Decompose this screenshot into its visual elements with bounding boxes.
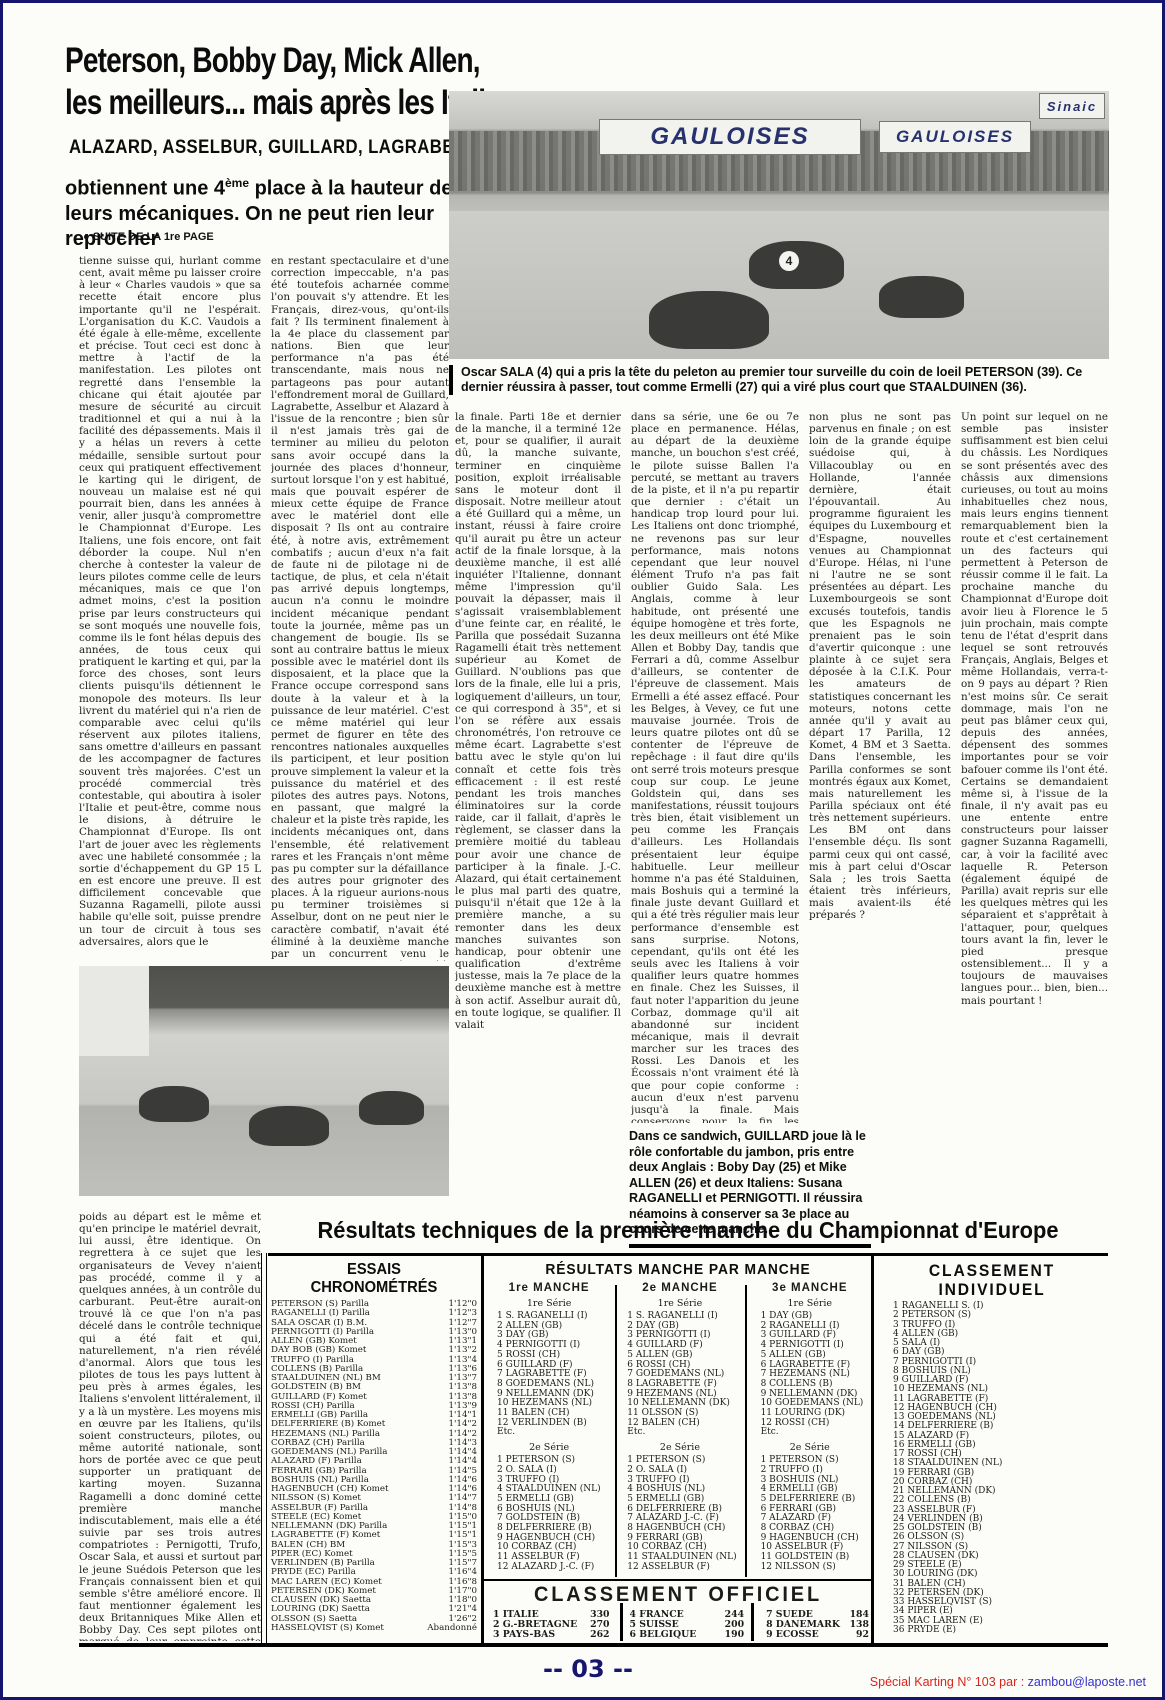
individuel-title-1: CLASSEMENT: [888, 1261, 1096, 1280]
essais-row: HASSELQVIST (S) KometAbandonné: [271, 1624, 477, 1633]
result-row: Etc.: [487, 1428, 611, 1438]
footer-credit: Spécial Karting N° 103 par : zambou@lapo…: [870, 1675, 1146, 1689]
bullet-icon: ●: [83, 231, 90, 243]
article-column-bottom-left: poids au départ est le même et qu'en pri…: [79, 1211, 261, 1641]
manche-2-column: 2e MANCHE 1re Série 1 S. RAGANELLI (I)2 …: [611, 1282, 742, 1573]
nation-row: 3 PAYS-BAS262: [493, 1630, 610, 1640]
continued-label: SUITE DE LA 1re PAGE: [93, 231, 214, 243]
manche-1-serie-2-rows: 1 PETERSON (S)2 O. SALA (I)3 TRUFFO (I)4…: [487, 1456, 611, 1572]
manches-columns: 1re MANCHE 1re Série 1 S. RAGANELLI (I)2…: [487, 1282, 869, 1573]
subheadline: ALAZARD, ASSELBUR, GUILLARD, LAGRABETTE: [69, 137, 487, 159]
continued-marker: ● SUITE DE LA 1re PAGE: [83, 231, 214, 243]
newspaper-page: Peterson, Bobby Day, Mick Allen, les mei…: [0, 0, 1165, 1700]
rule-above-officiel: [484, 1579, 871, 1581]
top-photo-caption: Oscar SALA (4) qui a pris la tête du pel…: [449, 365, 1117, 395]
result-row: Etc.: [617, 1428, 742, 1438]
kart-silhouette-3: [879, 276, 964, 318]
nation-row: 9 ECOSSE92: [766, 1630, 869, 1640]
kart-silhouette-5: [249, 1106, 329, 1146]
manches-table: RÉSULTATS MANCHE PAR MANCHE 1re MANCHE 1…: [487, 1261, 869, 1573]
results-top-rule: [268, 1253, 1108, 1256]
essais-title-1: ESSAIS: [279, 1261, 469, 1279]
manche-2-title: 2e MANCHE: [617, 1282, 742, 1294]
result-row: 12 NILSSON (S): [751, 1563, 869, 1573]
officiel-title: CLASSEMENT OFFICIEL: [497, 1583, 860, 1607]
manche-2-serie-1-rows: 1 S. RAGANELLI (I)2 DAY (GB)3 PERNIGOTTI…: [617, 1312, 742, 1438]
kart-silhouette-6: [359, 1091, 424, 1125]
manche-3-serie-2-label: 2e Série: [751, 1442, 869, 1453]
kart-number-plate: 4: [779, 251, 799, 271]
race-photo-bottom: [79, 966, 449, 1196]
manche-1-serie-1-label: 1re Série: [487, 1298, 611, 1309]
individuel-rows: 1 RAGANELLI S. (I)2 PETERSON (S)3 TRUFFO…: [879, 1302, 1105, 1635]
page-number: -- 03 --: [543, 1655, 633, 1683]
results-bottom-rule: [79, 1643, 1108, 1647]
essais-table: ESSAIS CHRONOMÉTRÉS PETERSON (S) Parilla…: [271, 1261, 477, 1633]
officiel-columns: 1 ITALIE3302 G.-BRETAGNE2703 PAYS-BAS262…: [487, 1610, 869, 1640]
article-column-4: dans sa série, une 6e ou 7e place en per…: [631, 411, 799, 1123]
credit-email-link[interactable]: zambou@laposte.net: [1028, 1675, 1146, 1689]
manche-1-title: 1re MANCHE: [487, 1282, 611, 1294]
sinaic-sign: Sinaic: [1039, 93, 1105, 119]
race-photo-top: GAULOISES GAULOISES Sinaic 4: [449, 91, 1109, 359]
credit-label: Spécial Karting N° 103 par :: [870, 1675, 1024, 1689]
result-row: Etc.: [751, 1428, 869, 1438]
officiel-col-3: 7 SUEDE1848 DANEMARK1389 ECOSSE92: [752, 1610, 869, 1640]
officiel-col-1: 1 ITALIE3302 G.-BRETAGNE2703 PAYS-BAS262: [487, 1610, 618, 1640]
headline-line1: Peterson, Bobby Day, Mick Allen,: [65, 41, 480, 81]
gauloises-banner: GAULOISES: [599, 119, 861, 155]
kart-silhouette-4: [139, 1086, 209, 1122]
divider-manches-individuel: [871, 1253, 874, 1643]
building-shape: [79, 966, 149, 1056]
manche-3-column: 3e MANCHE 1re Série 1 DAY (GB)2 RAGANELL…: [743, 1282, 869, 1573]
manche-2-serie-1-label: 1re Série: [617, 1298, 742, 1309]
manches-title: RÉSULTATS MANCHE PAR MANCHE: [502, 1261, 853, 1278]
article-column-3: la finale. Parti 18e et dernier de la ma…: [455, 411, 621, 1125]
nation-row: 6 BELGIQUE190: [630, 1630, 745, 1640]
gauloises-banner-2: GAULOISES: [879, 121, 1031, 153]
article-column-1: tienne suisse qui, hurlant comme cent, a…: [79, 255, 261, 961]
manche-3-serie-2-rows: 1 PETERSON (S)2 TRUFFO (I)3 BOSHUIS (NL)…: [751, 1456, 869, 1572]
deck-superscript: ème: [225, 176, 249, 190]
deck-prefix: obtiennent une 4: [65, 178, 225, 200]
manche-3-serie-1-label: 1re Série: [751, 1298, 869, 1309]
manche-3-title: 3e MANCHE: [751, 1282, 869, 1294]
ranking-row: 36 PRYDE (E): [893, 1626, 1105, 1635]
essais-rows: PETERSON (S) Parilla1'12"0RAGANELLI (I) …: [271, 1300, 477, 1633]
manche-2-serie-2-label: 2e Série: [617, 1442, 742, 1453]
essais-title-2: CHRONOMÉTRÉS: [279, 1279, 469, 1297]
article-column-6: Un point sur lequel on ne semble pas ins…: [961, 411, 1108, 1209]
officiel-table: CLASSEMENT OFFICIEL 1 ITALIE3302 G.-BRET…: [487, 1583, 869, 1640]
individuel-title-2: INDIVIDUEL: [888, 1280, 1096, 1299]
divider-essais-manches: [481, 1253, 484, 1643]
manche-1-serie-1-rows: 1 S. RAGANELLI (I)2 ALLEN (GB)3 DAY (GB)…: [487, 1312, 611, 1438]
officiel-col-2: 4 FRANCE2445 SUISSE2006 BELGIQUE190: [618, 1610, 753, 1640]
article-column-5: non plus ne sont pas parvenus en finale …: [809, 411, 951, 1209]
manche-1-column: 1re MANCHE 1re Série 1 S. RAGANELLI (I)2…: [487, 1282, 611, 1573]
results-title: Résultats techniques de la première manc…: [289, 1217, 1087, 1244]
article-column-2: en restant spectaculaire et d'une correc…: [271, 255, 449, 961]
individuel-table: CLASSEMENT INDIVIDUEL 1 RAGANELLI S. (I)…: [879, 1261, 1105, 1635]
divider-left-double: [261, 1253, 267, 1643]
manche-2-serie-2-rows: 1 PETERSON (S)2 O. SALA (I)3 TRUFFO (I)4…: [617, 1456, 742, 1572]
manche-1-serie-2-label: 2e Série: [487, 1442, 611, 1453]
result-row: 12 ASSELBUR (F): [617, 1563, 742, 1573]
kart-silhouette-2: [649, 291, 769, 349]
manche-3-serie-1-rows: 1 DAY (GB)2 RAGANELLI (I)3 GUILLARD (F)4…: [751, 1312, 869, 1438]
result-row: 12 ALAZARD J.-C. (F): [487, 1563, 611, 1573]
